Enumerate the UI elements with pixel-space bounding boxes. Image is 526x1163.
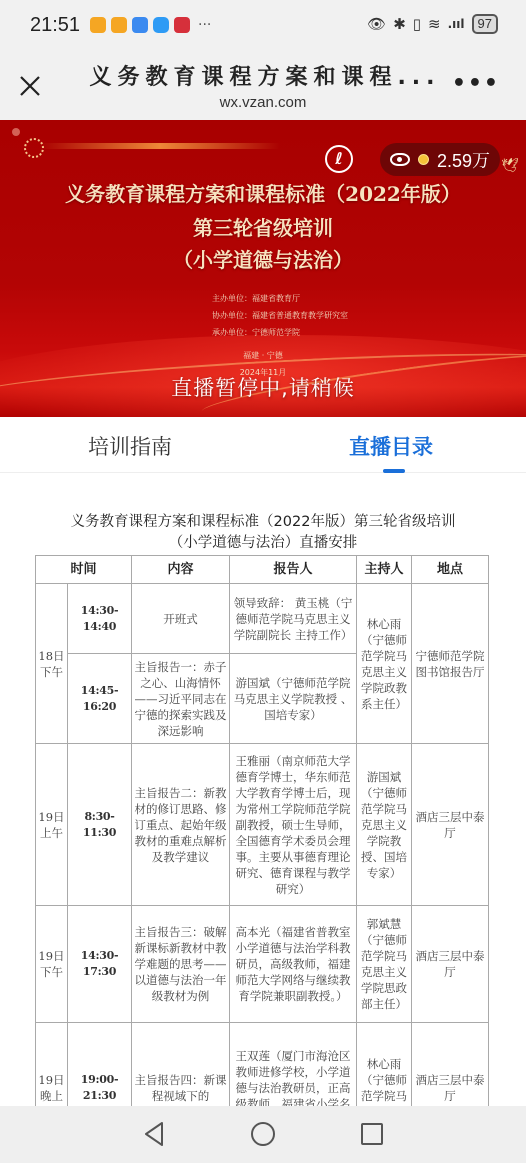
battery-indicator: 97 — [472, 14, 498, 34]
share-link-button[interactable]: ℓ — [325, 145, 353, 173]
header-time: 时间 — [36, 556, 132, 584]
recent-apps-button[interactable] — [361, 1123, 383, 1145]
system-nav-bar — [0, 1106, 526, 1163]
live-dot-icon — [418, 154, 429, 165]
active-tab-indicator — [383, 469, 405, 473]
app-blue-chat-icon — [153, 17, 169, 33]
cell-location: 酒店三层中泰厅 — [412, 1023, 489, 1107]
organizer-undertaker: 承办单位：宁德师范学院 — [212, 324, 348, 341]
organizer-host: 主办单位：福建省教育厅 — [212, 290, 348, 307]
home-button[interactable] — [251, 1122, 275, 1146]
cell-content: 主旨报告二：新教材的修订思路、修订重点、起始年级教材的重难点解析及教学建议 — [132, 744, 230, 906]
cell-date: 19日下午 — [36, 906, 68, 1023]
tab-live-directory[interactable]: 直播目录 — [349, 431, 433, 461]
cell-time: 8:30-11:30 — [68, 744, 132, 906]
cell-content: 主旨报告四：新课程视域下的 — [132, 1023, 230, 1107]
table-row: 19日晚上 19:00-21:30 主旨报告四：新课程视域下的 王双莲（厦门市海… — [36, 1023, 489, 1107]
cell-host: 游国斌（宁德师范学院马克思主义学院教授、国培专家） — [357, 744, 412, 906]
cell-time: 14:30-17:30 — [68, 906, 132, 1023]
header-content: 内容 — [132, 556, 230, 584]
cell-host: 郭斌慧（宁德师范学院马克思主义学院思政部主任） — [357, 906, 412, 1023]
cell-content: 主旨报告一：赤子之心、山海情怀——习近平同志在宁德的探索实践及深远影响 — [132, 654, 230, 744]
viewer-count: 2.59万 — [437, 147, 490, 173]
cell-speaker: 王双莲（厦门市海沧区教师进修学校，小学道德与法治教研员，正高级教师，福建省小学名… — [230, 1023, 357, 1107]
light-flare-decoration — [40, 143, 280, 149]
cell-date: 19日晚上 — [36, 1023, 68, 1107]
app-orange-heart-icon — [90, 17, 106, 33]
schedule-title-line2: （小学道德与法治）直播安排 — [0, 533, 526, 554]
cell-date: 19日上午 — [36, 744, 68, 906]
dove-icon: 🕊 — [501, 158, 519, 174]
more-notifications-icon: ··· — [198, 17, 211, 33]
table-header-row: 时间 内容 报告人 主持人 地点 — [36, 556, 489, 584]
phone-screen: 21:51 ··· 👁 ✱ ▯ ≋ .ııl 97 义务教育课程方案和课程...… — [0, 0, 526, 1163]
signal-icon: .ııl — [448, 17, 465, 31]
schedule-title: 义务教育课程方案和课程标准（2022年版）第三轮省级培训 （小学道德与法治）直播… — [0, 512, 526, 554]
header-host: 主持人 — [357, 556, 412, 584]
status-bar: 21:51 ··· 👁 ✱ ▯ ≋ .ııl 97 — [0, 0, 526, 52]
page-url: wx.vzan.com — [0, 94, 526, 111]
banner-title-line3: （小学道德与法治） — [0, 244, 526, 273]
cell-date: 18日下午 — [36, 584, 68, 744]
event-place: 福建 · 宁德 — [0, 350, 526, 361]
table-row: 19日下午 14:30-17:30 主旨报告三：破解新课标新教材中教学难题的思考… — [36, 906, 489, 1023]
schedule-content[interactable]: 义务教育课程方案和课程标准（2022年版）第三轮省级培训 （小学道德与法治）直播… — [0, 474, 526, 1106]
banner-title-line1: 义务教育课程方案和课程标准（2022年版） — [0, 178, 526, 207]
table-row: 18日下午 14:30-14:40 开班式 领导致辞： 黄玉桃（宁德师范学院马克… — [36, 584, 489, 654]
cell-speaker: 游国斌（宁德师范学院马克思主义学院教授 、国培专家） — [230, 654, 357, 744]
app-orange-heart-icon — [111, 17, 127, 33]
cell-speaker: 王雅丽（南京师范大学德育学博士，华东师范大学教育学博士后，现为常州工学院师范学院… — [230, 744, 357, 906]
cell-time: 19:00-21:30 — [68, 1023, 132, 1107]
cell-host: 林心雨（宁德师范学院马克思主义 — [357, 1023, 412, 1107]
cell-location: 酒店三层中泰厅 — [412, 906, 489, 1023]
bluetooth-icon: ✱ — [393, 15, 406, 33]
more-options-button[interactable]: ••• — [452, 78, 500, 90]
table-row: 19日上午 8:30-11:30 主旨报告二：新教材的修订思路、修订重点、起始年… — [36, 744, 489, 906]
tab-bar: 培训指南 直播目录 — [0, 417, 526, 473]
firework-icon — [12, 128, 20, 136]
header-location: 地点 — [412, 556, 489, 584]
schedule-table: 时间 内容 报告人 主持人 地点 18日下午 14:30-14:40 开班式 领… — [35, 555, 489, 1106]
live-paused-message: 直播暂停中,请稍候 — [0, 372, 526, 402]
browser-title-bar: 义务教育课程方案和课程... wx.vzan.com ••• — [0, 52, 526, 120]
cell-content: 主旨报告三：破解新课标新教材中教学难题的思考——以道德与法治一年级教材为例 — [132, 906, 230, 1023]
vibrate-icon: ▯ — [413, 15, 421, 33]
status-time: 21:51 — [30, 14, 80, 37]
schedule-title-line1: 义务教育课程方案和课程标准（2022年版）第三轮省级培训 — [0, 512, 526, 533]
app-red-icon — [174, 17, 190, 33]
banner-title-line2: 第三轮省级培训 — [0, 212, 526, 241]
cell-speaker: 领导致辞： 黄玉桃（宁德师范学院马克思主义学院副院长 主持工作） — [230, 584, 357, 654]
cell-location: 宁德师范学院图书馆报告厅 — [412, 584, 489, 744]
organizer-list: 主办单位：福建省教育厅 协办单位：福建省普通教育教学研究室 承办单位：宁德师范学… — [212, 290, 348, 341]
app-blue-card-icon — [132, 17, 148, 33]
cell-location: 酒店三层中泰厅 — [412, 744, 489, 906]
cell-time: 14:45-16:20 — [68, 654, 132, 744]
back-button[interactable] — [143, 1121, 165, 1147]
system-icons: 👁 ✱ ▯ ≋ .ııl 97 — [367, 14, 498, 34]
cell-host: 林心雨（宁德师范学院马克思主义学院政教系主任） — [357, 584, 412, 744]
cell-content: 开班式 — [132, 584, 230, 654]
wifi-icon: ≋ — [428, 15, 441, 33]
eye-icon — [390, 153, 410, 166]
page-title: 义务教育课程方案和课程... — [75, 60, 455, 91]
notification-icons: ··· — [90, 17, 211, 33]
organizer-co-host: 协办单位：福建省普通教育教学研究室 — [212, 307, 348, 324]
cell-time: 14:30-14:40 — [68, 584, 132, 654]
viewer-count-badge: 2.59万 — [380, 143, 500, 176]
live-player-banner[interactable]: ℓ 2.59万 🕊 义务教育课程方案和课程标准（2022年版） 第三轮省级培训 … — [0, 120, 526, 417]
cell-speaker: 高本光（福建省普教室小学道德与法治学科教研员，高级教师，福建师范大学网络与继续教… — [230, 906, 357, 1023]
back-icon — [143, 1121, 165, 1147]
link-icon: ℓ — [335, 149, 343, 168]
tab-training-guide[interactable]: 培训指南 — [88, 431, 172, 461]
header-speaker: 报告人 — [230, 556, 357, 584]
eye-comfort-icon: 👁 — [367, 15, 386, 33]
